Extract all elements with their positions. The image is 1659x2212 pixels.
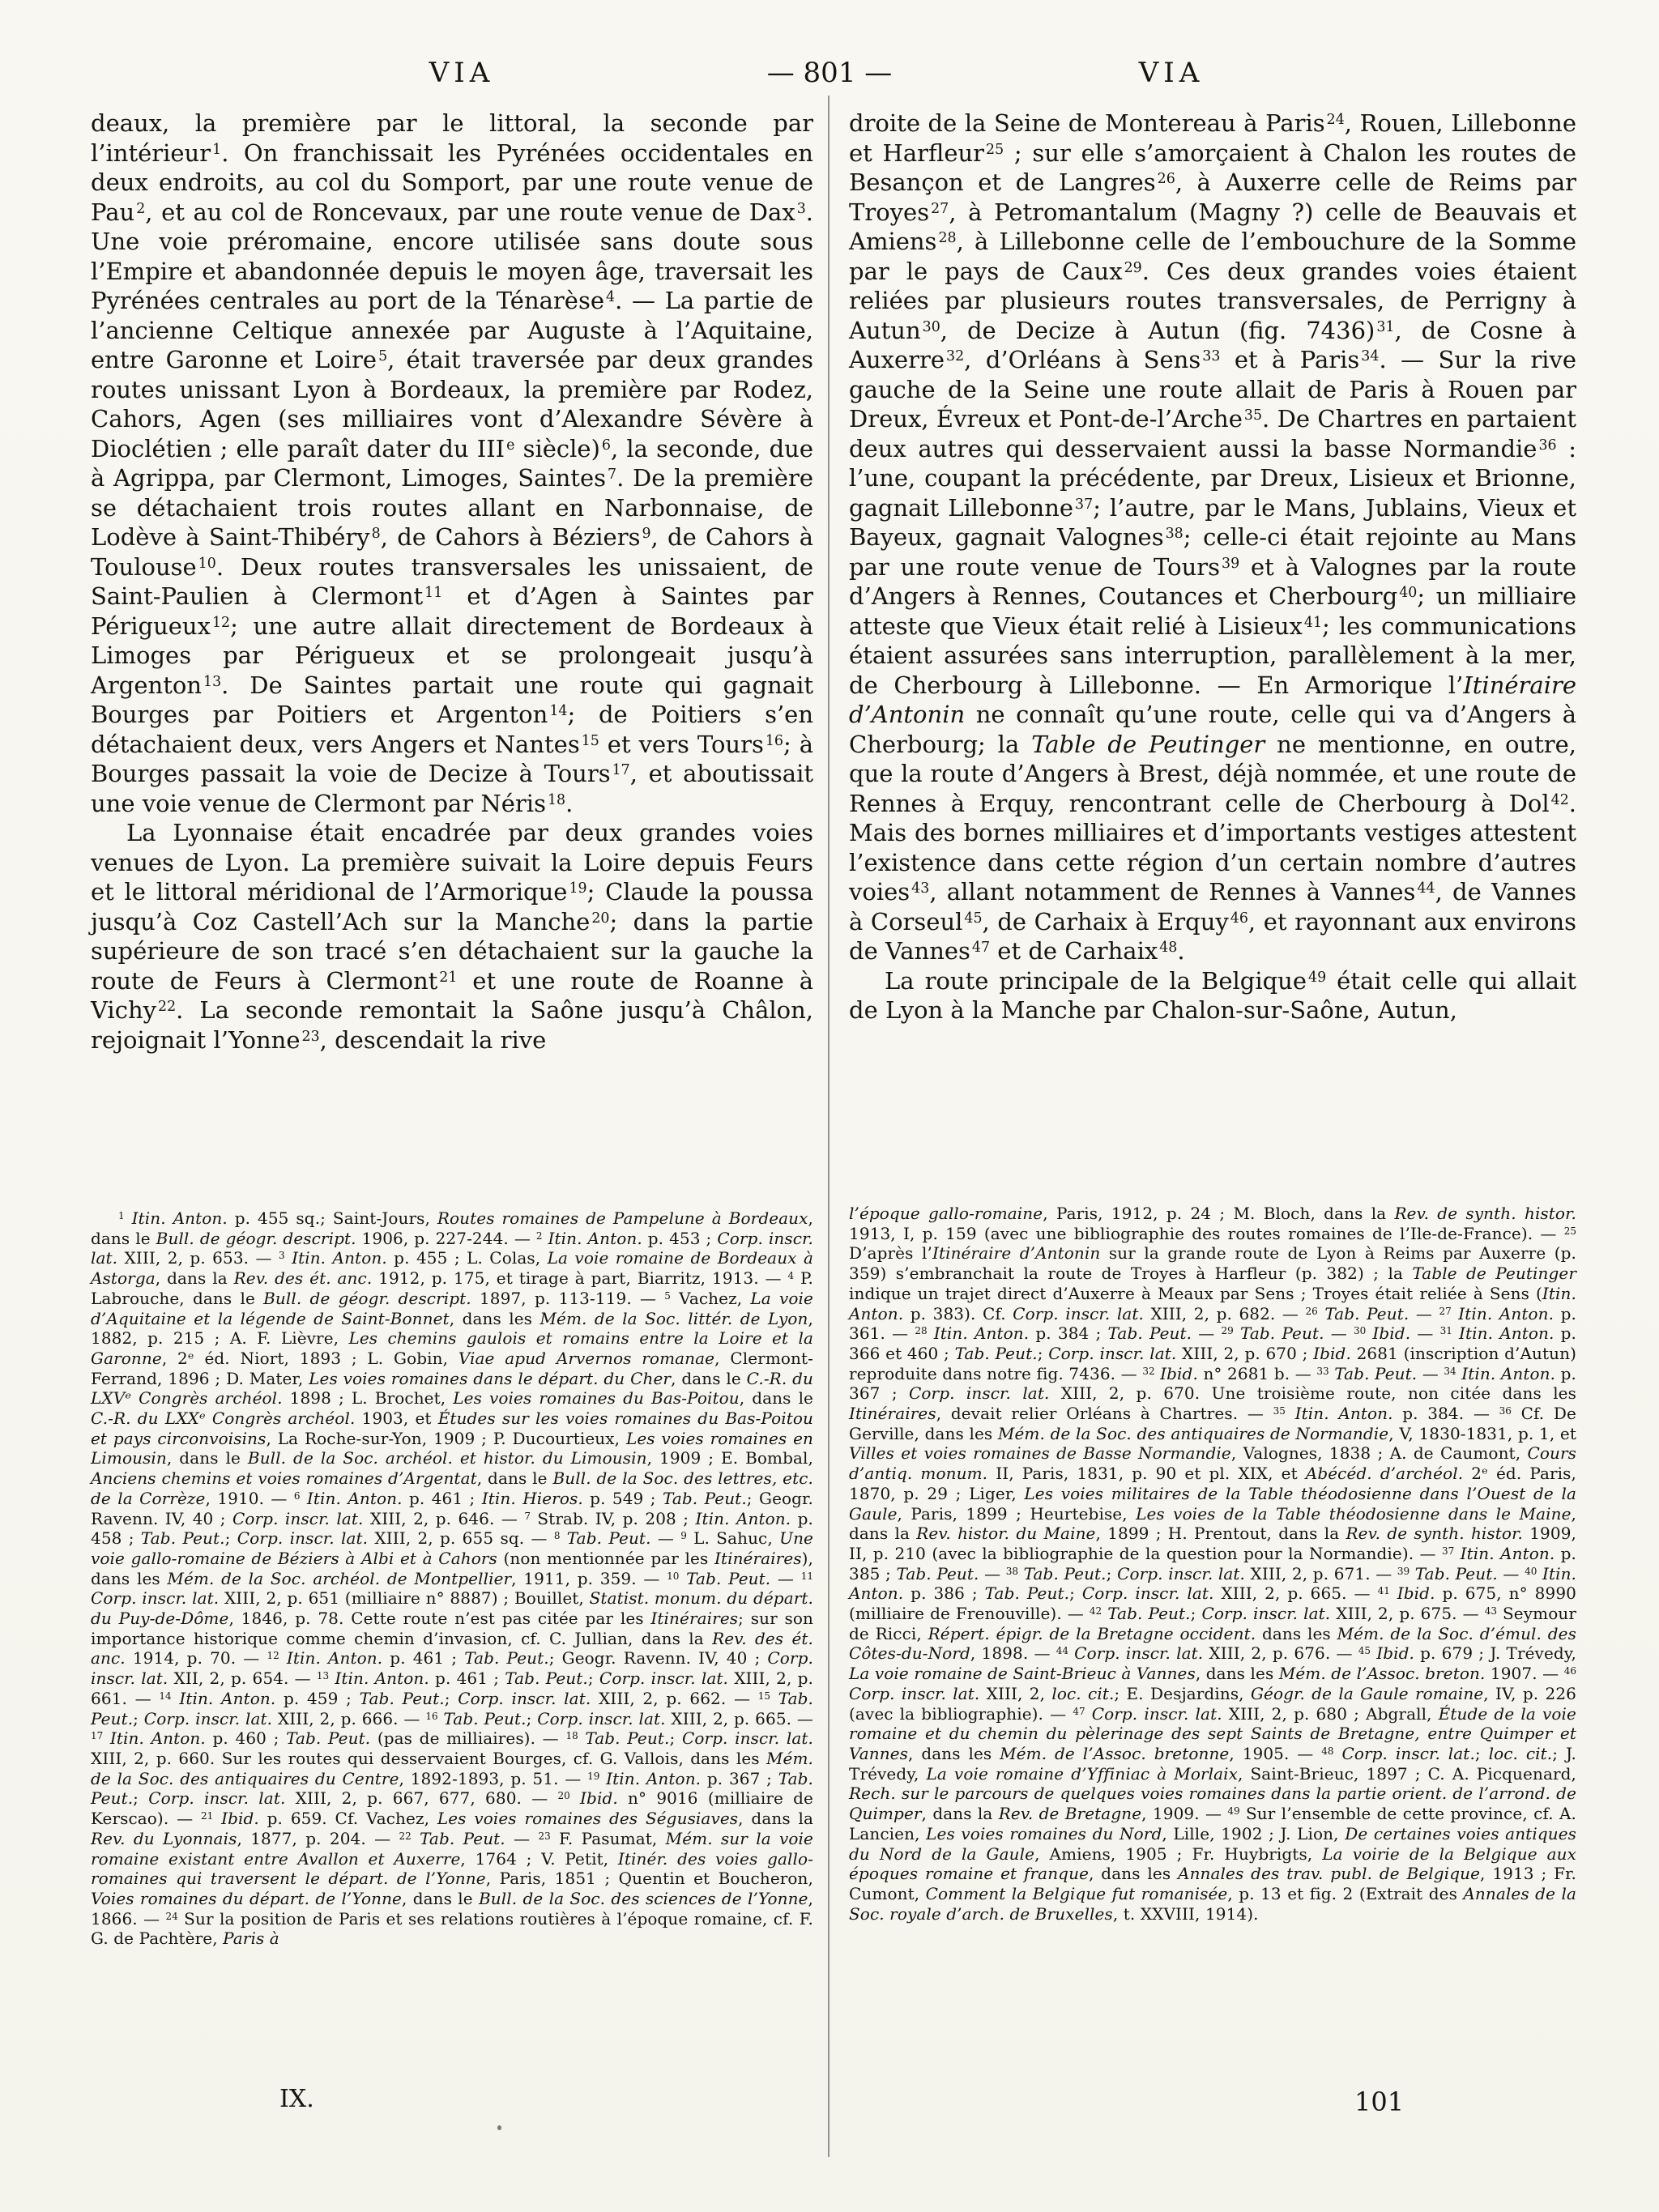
paragraph-continuation: deaux, la première par le littoral, la s… [91,109,813,818]
paragraph-lyonnaise: La Lyonnaise était encadrée par deux gra… [91,818,813,1055]
column-divider-rule [828,96,829,2157]
paragraph-continuation: droite de la Seine de Montereau à Paris2… [849,109,1576,966]
sheet-signature-number: 101 [1354,2086,1404,2117]
page-number-header: — 801 — [767,57,893,89]
volume-signature-mark: IX. [279,2085,314,2113]
print-speck-artifact [497,2125,501,2130]
main-text-right-column: droite de la Seine de Montereau à Paris2… [849,109,1576,1025]
main-text-left-column: deaux, la première par le littoral, la s… [91,109,813,1055]
footnotes-right-column: l’époque gallo-romaine, Paris, 1912, p. … [849,1204,1576,1924]
running-title-left: VIA [429,57,495,89]
scanned-book-page: VIA — 801 — VIA deaux, la première par l… [0,0,1659,2212]
running-title-right: VIA [1139,57,1205,89]
paragraph-belgique: La route principale de la Belgique49 éta… [849,966,1576,1025]
footnotes-left-column: 1 Itin. Anton. p. 455 sq.; Saint-Jours, … [91,1208,813,1949]
